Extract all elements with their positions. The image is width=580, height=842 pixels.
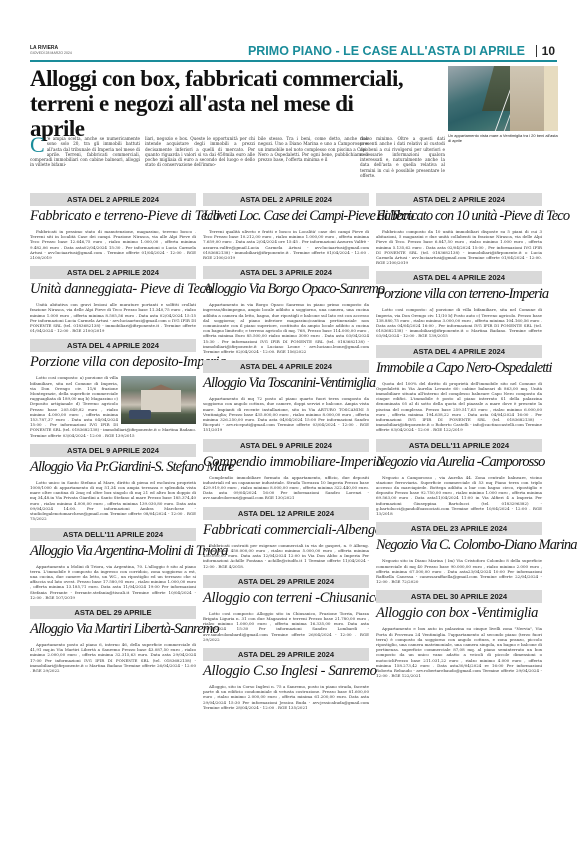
intro-column-4: rialzo minimo. Oltre a questi dati prese… — [360, 136, 445, 178]
listing-title: Alloggio Via Martiri Libertà-Sanremo — [30, 620, 196, 638]
listing-body: Lotto così composto: a] porzione di vill… — [376, 307, 542, 338]
auction-date-banner: ASTA DEL 4 APRILE 2024 — [203, 360, 369, 373]
auction-listing: ASTA DEL 30 APRILE 2024 Alloggio con box… — [376, 590, 542, 678]
listing-title: Alloggio Via Argentina-Molini di Triora — [30, 542, 196, 560]
listing-title: Fabbricato con 10 unità -Pieve di Teco — [376, 207, 542, 225]
listing-body: Lotto così composto: Alloggio sito in Ch… — [203, 611, 369, 642]
auction-date-banner: ASTA DEL 29 APRILE 2024 — [203, 575, 369, 588]
auction-date-banner: ASTA DEL 2 APRILE 2024 — [376, 193, 542, 206]
listing-title: Alloggio Via Toscanini-Ventimiglia — [203, 374, 369, 392]
intro-column-1: C 'è ampia scelta, anche se numericament… — [30, 136, 140, 168]
auction-date-banner: ASTA DEL 12 APRILE 2024 — [203, 507, 369, 520]
auction-date-banner: ASTA DELL'11 APRILE 2024 — [30, 528, 196, 541]
auction-date-banner: ASTA DEL 30 APRILE 2024 — [376, 590, 542, 603]
auction-listing: ASTA DEL 2 APRILE 2024 Uliveti Loc. Case… — [203, 193, 369, 260]
listing-body: Fabbricati costruiti per esigenze commer… — [203, 543, 369, 569]
listing-body: Quota del 100% del diritto di proprietà … — [376, 381, 542, 433]
auction-listing: ASTA DEL 29 APRILE 2024 Alloggio con ter… — [203, 575, 369, 642]
page-headline: Alloggi con box, fabbricati commerciali,… — [30, 66, 405, 141]
auction-date-banner: ASTA DEL 29 APRILE — [30, 606, 196, 619]
auction-listing: ASTA DEL 9 APRILE 2024 Alloggio Via Pr.G… — [30, 444, 196, 522]
auction-date-banner: ASTA DEL 9 APRILE 2024 — [203, 439, 369, 452]
listing-body: Unità abitativa con gravi lesioni alle m… — [30, 302, 196, 333]
listing-title: Negozio via Aurelia -Camporosso — [376, 453, 542, 471]
intro-column-2: liari, negozio e box. Queste le opportun… — [145, 136, 255, 168]
auction-listing: ASTA DEL 12 APRILE 2024 Fabbricati comme… — [203, 507, 369, 569]
listing-title: Fabbricati commerciali-Albenga — [203, 521, 369, 539]
listing-body: Terreni qualità uliveto e frutti e bosco… — [203, 229, 369, 260]
auction-listing: ASTA DEL 29 APRILE 2024 Alloggio C.so In… — [203, 648, 369, 710]
page-number: 10 — [542, 44, 555, 58]
auction-date-banner: ASTA DEL 2 APRILE 2024 — [30, 266, 196, 279]
dropcap: C — [30, 136, 45, 154]
section-title: PRIMO PIANO - LE CASE ALL'ASTA DI APRILE — [248, 44, 525, 58]
auction-listing: ASTA DELL'11 APRILE 2024 Negozio via Aur… — [376, 439, 542, 517]
auction-listing: ASTA DEL 4 APRILE 2024 Alloggio Via Tosc… — [203, 360, 369, 432]
listing-title: Alloggio con terreni -Chiusanico — [203, 589, 369, 607]
auction-date-banner: ASTA DEL 2 APRILE 2024 — [30, 193, 196, 206]
listing-title: Porzione villa con deposito-Imperia — [30, 353, 196, 371]
listing-body: Appartamento a Molini di Triora, via Arg… — [30, 564, 196, 600]
issue-date: GIOVEDÌ 28 MARZO 2024 — [30, 51, 72, 55]
auction-listing: ASTA DEL 2 APRILE 2024 Fabbricato e terr… — [30, 193, 196, 260]
auction-date-banner: ASTA DEL 3 APRILE 2024 — [203, 266, 369, 279]
auction-date-banner: ASTA DEL 4 APRILE 2024 — [30, 339, 196, 352]
listing-body: Appartamento e box auto in palazzina su … — [376, 626, 542, 678]
listing-title: Compendio immobiliare-Imperia — [203, 453, 369, 471]
listing-title: Unità danneggiata- Pieve di Teco — [30, 280, 196, 298]
listing-body: Fabbricati in pessimo stato di manutenzi… — [30, 229, 196, 260]
listing-title: Alloggio con box -Ventimiglia — [376, 604, 542, 622]
auction-listing: ASTA DELL'11 APRILE 2024 Alloggio Via Ar… — [30, 528, 196, 600]
auction-date-banner: ASTA DEL 2 APRILE 2024 — [203, 193, 369, 206]
listing-title: Fabbricato e terreno-Pieve di Teco — [30, 207, 196, 225]
auction-listing: ASTA DEL 3 APRILE 2024 Alloggio Via Borg… — [203, 266, 369, 354]
auction-listing: ASTA DEL 4 APRILE 2024 Porzione villa co… — [376, 271, 542, 338]
listing-column-3: ASTA DEL 2 APRILE 2024 Fabbricato con 10… — [376, 193, 542, 684]
listing-body: Appartamento di mq 72 posto al piano qua… — [203, 396, 369, 432]
listing-body: Negozio sito in Diano Marina ( Im) Via C… — [376, 558, 542, 584]
listing-body: Lotto unico in Santo Stefano al Mare, di… — [30, 480, 196, 522]
listing-title: Immobile a Capo Nero-Ospedaletti — [376, 359, 542, 377]
divider — [536, 45, 537, 57]
villa-photo — [121, 376, 196, 424]
auction-listing: ASTA DEL 4 APRILE 2024 Porzione villa co… — [30, 339, 196, 437]
intro-text: 'è ampia scelta, anche se numericamente … — [30, 136, 140, 167]
listing-body: Complendio immobiliare formato da appart… — [203, 475, 369, 501]
listing-body: Alloggio, sito in Corso Inglesi n. 75 a … — [203, 684, 369, 710]
listing-body: Negozio a Camporosso , via Aurelia 44. Z… — [376, 475, 542, 517]
auction-listing: ASTA DEL 4 APRILE 2024 Immobile a Capo N… — [376, 345, 542, 433]
auction-date-banner: ASTA DEL 23 APRILE 2024 — [376, 522, 542, 535]
auction-date-banner: ASTA DEL 4 APRILE 2024 — [376, 271, 542, 284]
listing-title: Uliveti Loc. Case dei Campi-Pieve di Tec… — [203, 207, 369, 225]
auction-listing: ASTA DEL 9 APRILE 2024 Compendio immobil… — [203, 439, 369, 501]
listing-body: Fabbricato composto da 10 unità immobili… — [376, 229, 542, 265]
sea-view-photo — [448, 66, 558, 131]
photo-caption: Un appartamento vista mare a Ventimiglia… — [448, 133, 560, 143]
listing-column-2: ASTA DEL 2 APRILE 2024 Uliveti Loc. Case… — [203, 193, 369, 716]
auction-date-banner: ASTA DEL 9 APRILE 2024 — [30, 444, 196, 457]
listing-body: Appartamento posto al piano 6, interno 4… — [30, 642, 196, 673]
auction-listing: ASTA DEL 29 APRILE Alloggio Via Martiri … — [30, 606, 196, 673]
auction-date-banner: ASTA DEL 4 APRILE 2024 — [376, 345, 542, 358]
listing-title: Porzione villa con terreno-Imperia — [376, 285, 542, 303]
listing-title: Alloggio C.so Inglesi - Sanremo — [203, 662, 369, 680]
listing-column-1: ASTA DEL 2 APRILE 2024 Fabbricato e terr… — [30, 193, 196, 679]
auction-date-banner: ASTA DEL 29 APRILE 2024 — [203, 648, 369, 661]
intro-column-3: bile stesso. Tra i beni, come detto, anc… — [258, 136, 368, 162]
listing-title: Negozio Via C. Colombo-Diano Marina — [376, 536, 542, 554]
listing-body: Appartamento in via Borgo Opaco Sanremo … — [203, 302, 369, 354]
auction-listing: ASTA DEL 23 APRILE 2024 Negozio Via C. C… — [376, 522, 542, 584]
auction-listing: ASTA DEL 2 APRILE 2024 Fabbricato con 10… — [376, 193, 542, 265]
masthead: LA RIVIERA GIOVEDÌ 28 MARZO 2024 PRIMO P… — [30, 40, 557, 62]
listing-title: Alloggio Via Pr.Giardini-S. Stefano Mare — [30, 458, 196, 476]
auction-listing: ASTA DEL 2 APRILE 2024 Unità danneggiata… — [30, 266, 196, 333]
auction-date-banner: ASTA DELL'11 APRILE 2024 — [376, 439, 542, 452]
listing-title: Alloggio Via Borgo Opaco-Sanremo — [203, 280, 369, 298]
